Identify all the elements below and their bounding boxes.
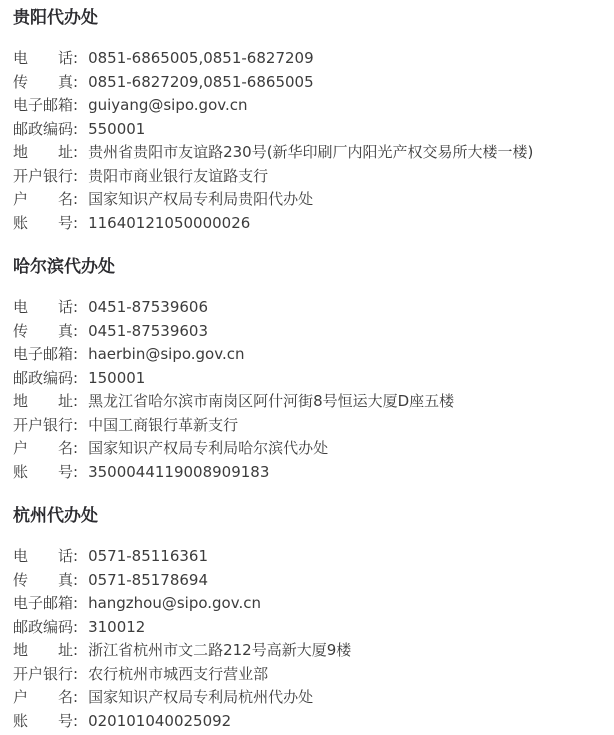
row-fax: 传真 : 0451-87539603 (13, 320, 600, 344)
row-bank: 开户银行 : 中国工商银行革新支行 (13, 414, 600, 438)
row-value: 550001 (88, 118, 145, 142)
section-guiyang: 贵阳代办处 电话 : 0851-6865005,0851-6827209 传真 … (13, 6, 600, 235)
row-separator: : (73, 390, 78, 414)
row-label: 账号 (13, 710, 73, 734)
row-separator: : (73, 118, 78, 142)
row-phone: 电话 : 0851-6865005,0851-6827209 (13, 47, 600, 71)
row-account-name: 户名 : 国家知识产权局专利局杭州代办处 (13, 686, 600, 710)
row-value: 国家知识产权局专利局哈尔滨代办处 (88, 437, 328, 461)
row-label: 邮政编码 (13, 367, 73, 391)
row-account-name: 户名 : 国家知识产权局专利局哈尔滨代办处 (13, 437, 600, 461)
row-separator: : (73, 686, 78, 710)
row-bank: 开户银行 : 贵阳市商业银行友谊路支行 (13, 165, 600, 189)
section-title: 贵阳代办处 (13, 6, 600, 30)
row-value: 0451-87539603 (88, 320, 208, 344)
row-separator: : (73, 461, 78, 485)
info-rows: 电话 : 0571-85116361 传真 : 0571-85178694 电子… (13, 545, 600, 733)
row-separator: : (73, 165, 78, 189)
row-label: 电子邮箱 (13, 592, 73, 616)
row-label: 传真 (13, 71, 73, 95)
row-separator: : (73, 592, 78, 616)
row-bank: 开户银行 : 农行杭州市城西支行营业部 (13, 663, 600, 687)
section-title: 哈尔滨代办处 (13, 255, 600, 279)
row-email: 电子邮箱 : hangzhou@sipo.gov.cn (13, 592, 600, 616)
row-separator: : (73, 94, 78, 118)
row-separator: : (73, 71, 78, 95)
row-separator: : (73, 710, 78, 734)
row-label: 邮政编码 (13, 616, 73, 640)
row-separator: : (73, 414, 78, 438)
row-address: 地址 : 浙江省杭州市文二路212号高新大厦9楼 (13, 639, 600, 663)
row-separator: : (73, 569, 78, 593)
row-separator: : (73, 663, 78, 687)
row-separator: : (73, 367, 78, 391)
row-label: 电话 (13, 296, 73, 320)
row-postcode: 邮政编码 : 150001 (13, 367, 600, 391)
info-rows: 电话 : 0851-6865005,0851-6827209 传真 : 0851… (13, 47, 600, 235)
row-label: 传真 (13, 569, 73, 593)
row-address: 地址 : 黑龙江省哈尔滨市南岗区阿什河街8号恒运大厦D座五楼 (13, 390, 600, 414)
info-rows: 电话 : 0451-87539606 传真 : 0451-87539603 电子… (13, 296, 600, 484)
row-value: 0851-6865005,0851-6827209 (88, 47, 314, 71)
row-label: 账号 (13, 461, 73, 485)
row-address: 地址 : 贵州省贵阳市友谊路230号(新华印刷厂内阳光产权交易所大楼一楼) (13, 141, 600, 165)
row-separator: : (73, 212, 78, 236)
row-value: 国家知识产权局专利局贵阳代办处 (88, 188, 313, 212)
row-account-number: 账号 : 11640121050000026 (13, 212, 600, 236)
row-separator: : (73, 437, 78, 461)
row-label: 地址 (13, 390, 73, 414)
row-value: 020101040025092 (88, 710, 231, 734)
row-value: 11640121050000026 (88, 212, 250, 236)
row-value: 贵州省贵阳市友谊路230号(新华印刷厂内阳光产权交易所大楼一楼) (88, 141, 533, 165)
row-value: 0851-6827209,0851-6865005 (88, 71, 314, 95)
row-label: 账号 (13, 212, 73, 236)
row-label: 户名 (13, 686, 73, 710)
row-postcode: 邮政编码 : 550001 (13, 118, 600, 142)
row-label: 电话 (13, 545, 73, 569)
section-hangzhou: 杭州代办处 电话 : 0571-85116361 传真 : 0571-85178… (13, 504, 600, 733)
row-separator: : (73, 320, 78, 344)
row-account-number: 账号 : 3500044119008909183 (13, 461, 600, 485)
row-value: 浙江省杭州市文二路212号高新大厦9楼 (88, 639, 351, 663)
row-label: 开户银行 (13, 165, 73, 189)
row-fax: 传真 : 0571-85178694 (13, 569, 600, 593)
row-separator: : (73, 296, 78, 320)
row-value: 黑龙江省哈尔滨市南岗区阿什河街8号恒运大厦D座五楼 (88, 390, 454, 414)
row-phone: 电话 : 0571-85116361 (13, 545, 600, 569)
row-separator: : (73, 188, 78, 212)
row-value: 3500044119008909183 (88, 461, 269, 485)
row-label: 开户银行 (13, 663, 73, 687)
row-email: 电子邮箱 : haerbin@sipo.gov.cn (13, 343, 600, 367)
row-value: 0451-87539606 (88, 296, 208, 320)
row-phone: 电话 : 0451-87539606 (13, 296, 600, 320)
row-value: 310012 (88, 616, 145, 640)
row-separator: : (73, 343, 78, 367)
row-separator: : (73, 47, 78, 71)
section-haerbin: 哈尔滨代办处 电话 : 0451-87539606 传真 : 0451-8753… (13, 255, 600, 484)
row-email: 电子邮箱 : guiyang@sipo.gov.cn (13, 94, 600, 118)
row-postcode: 邮政编码 : 310012 (13, 616, 600, 640)
row-separator: : (73, 141, 78, 165)
row-label: 邮政编码 (13, 118, 73, 142)
row-label: 电话 (13, 47, 73, 71)
row-value: haerbin@sipo.gov.cn (88, 343, 244, 367)
row-value: 国家知识产权局专利局杭州代办处 (88, 686, 313, 710)
row-label: 户名 (13, 188, 73, 212)
row-value: 农行杭州市城西支行营业部 (88, 663, 268, 687)
row-label: 开户银行 (13, 414, 73, 438)
row-separator: : (73, 545, 78, 569)
row-value: 0571-85178694 (88, 569, 208, 593)
row-value: guiyang@sipo.gov.cn (88, 94, 247, 118)
row-value: 0571-85116361 (88, 545, 208, 569)
row-label: 地址 (13, 141, 73, 165)
office-contact-page: 贵阳代办处 电话 : 0851-6865005,0851-6827209 传真 … (0, 0, 614, 733)
row-account-number: 账号 : 020101040025092 (13, 710, 600, 734)
row-label: 地址 (13, 639, 73, 663)
row-fax: 传真 : 0851-6827209,0851-6865005 (13, 71, 600, 95)
row-separator: : (73, 616, 78, 640)
row-label: 户名 (13, 437, 73, 461)
row-value: 150001 (88, 367, 145, 391)
row-value: hangzhou@sipo.gov.cn (88, 592, 261, 616)
row-label: 电子邮箱 (13, 343, 73, 367)
row-account-name: 户名 : 国家知识产权局专利局贵阳代办处 (13, 188, 600, 212)
section-title: 杭州代办处 (13, 504, 600, 528)
row-separator: : (73, 639, 78, 663)
row-label: 传真 (13, 320, 73, 344)
row-label: 电子邮箱 (13, 94, 73, 118)
row-value: 贵阳市商业银行友谊路支行 (88, 165, 268, 189)
row-value: 中国工商银行革新支行 (88, 414, 238, 438)
